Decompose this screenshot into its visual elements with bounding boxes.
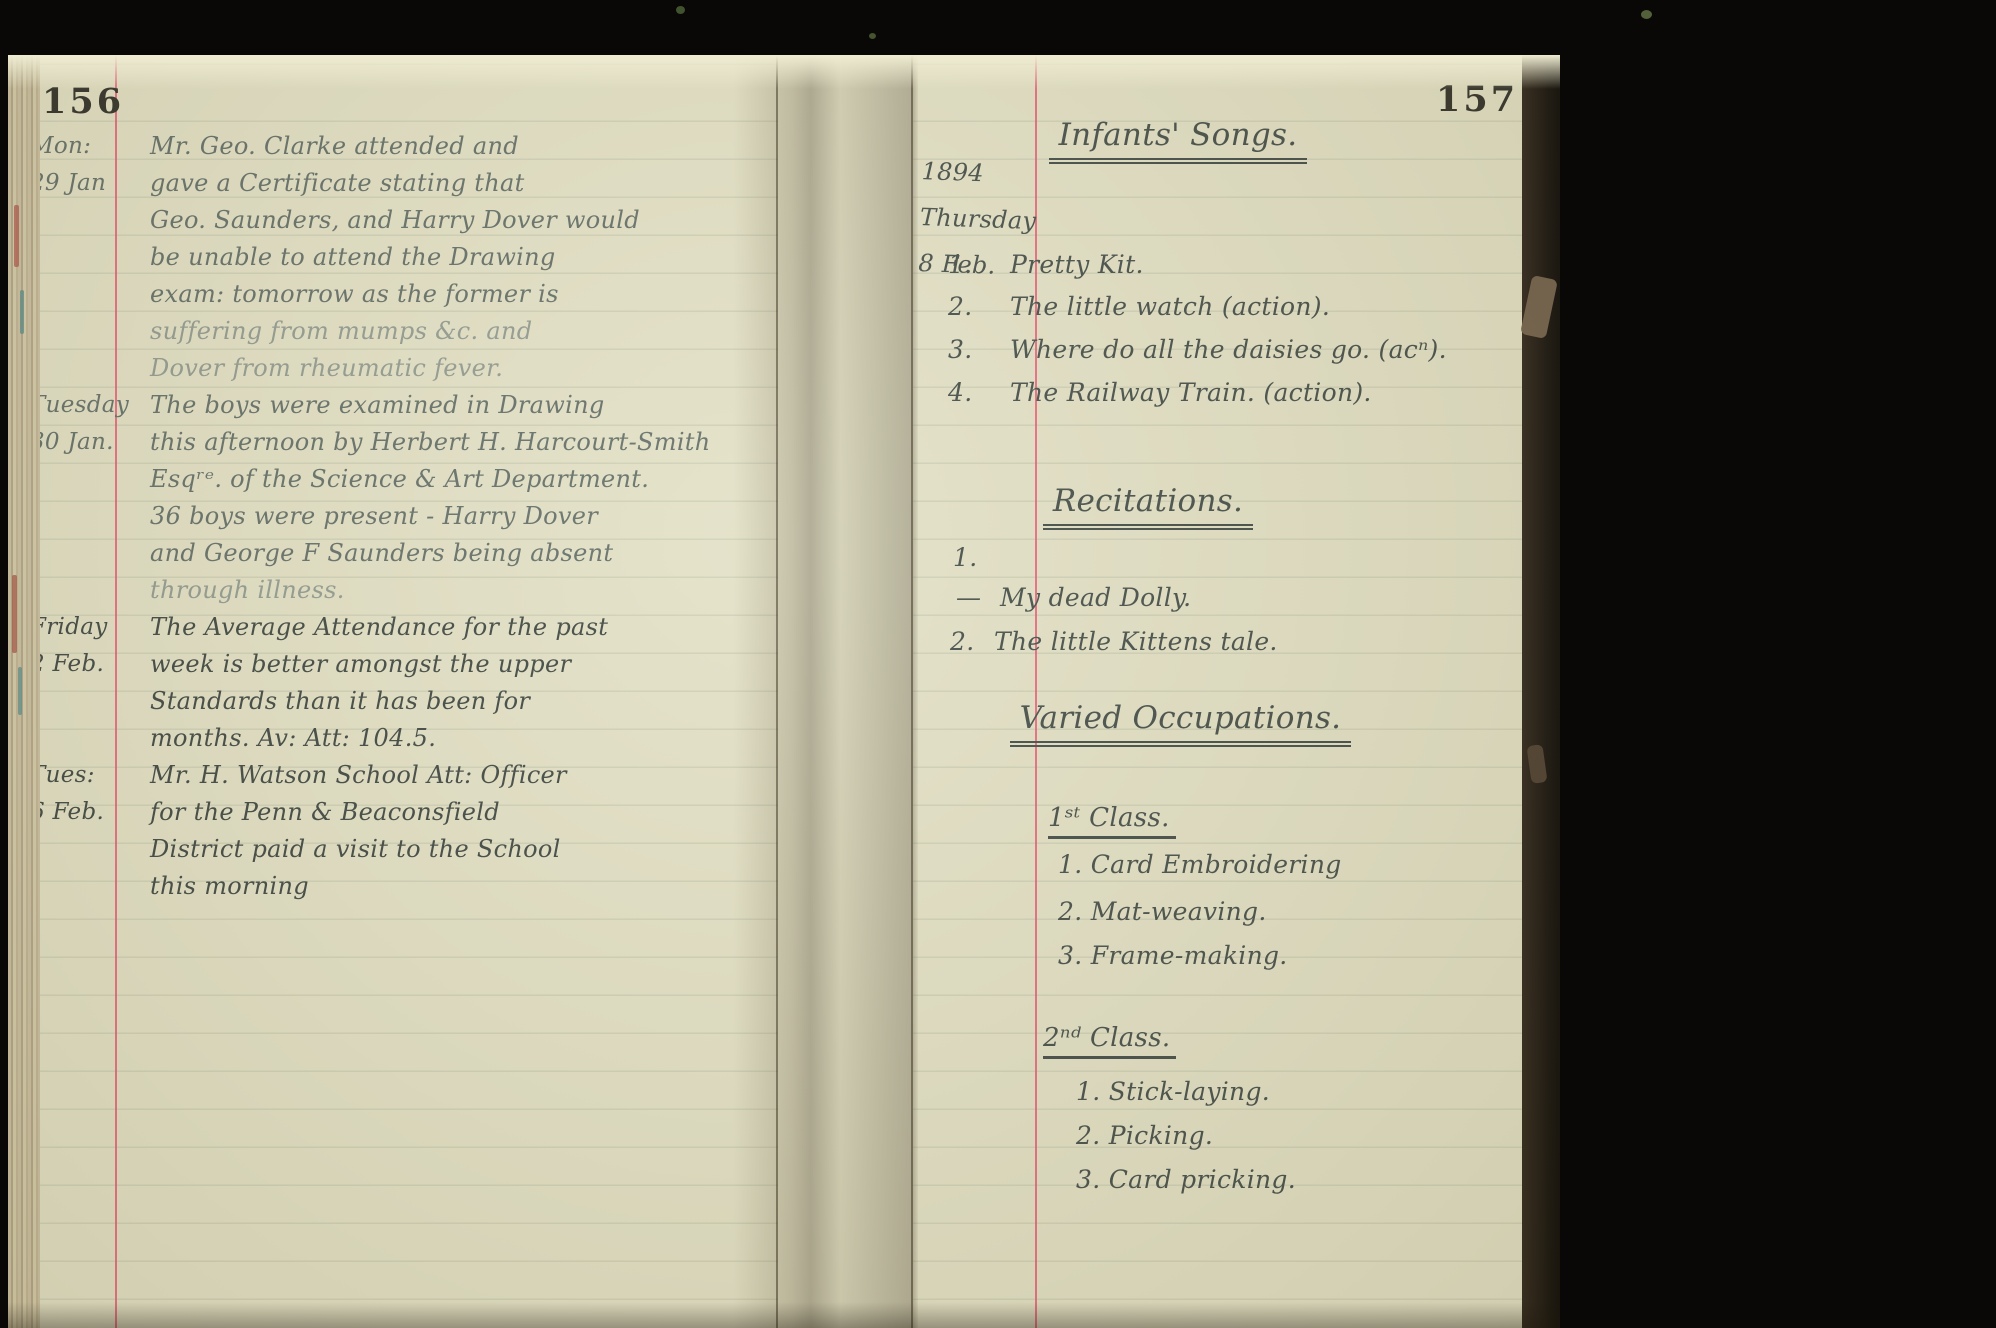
- logbook-open-spread: 156 Mon: 29 Jan Tuesday 30 Jan. Friday 2…: [8, 55, 1560, 1328]
- occupation-item: 3. Frame-making.: [1058, 941, 1288, 970]
- entry-line: District paid a visit to the School: [150, 831, 775, 868]
- date-line: Tuesday: [30, 387, 146, 424]
- entry-line: suffering from mumps &c. and: [150, 313, 775, 350]
- item-number: 2.: [948, 292, 1010, 321]
- left-page-fold-crease: [776, 55, 778, 1328]
- page-edge-stack: [8, 55, 40, 1328]
- debris-speck: [1641, 10, 1652, 19]
- entry-line: this morning: [150, 868, 775, 905]
- left-page-entries: Mr. Geo. Clarke attended and gave a Cert…: [150, 128, 775, 905]
- entry-line: through illness.: [150, 572, 775, 609]
- occupation-item: 3. Card pricking.: [1076, 1165, 1296, 1194]
- page-number-left: 156: [42, 81, 124, 122]
- book-cover-edge: [1522, 55, 1560, 1328]
- entry-line: Mr. Geo. Clarke attended and: [150, 128, 775, 165]
- class-label-first: 1ˢᵗ Class.: [1048, 803, 1176, 833]
- recitation-item: —My dead Dolly.: [956, 583, 1191, 612]
- item-text: Where do all the daisies go. (acⁿ).: [1010, 335, 1447, 364]
- entry-line: this afternoon by Herbert H. Harcourt-Sm…: [150, 424, 775, 461]
- entry-line: exam: tomorrow as the former is: [150, 276, 775, 313]
- date-line: Friday: [30, 609, 146, 646]
- item-text: The little Kittens tale.: [994, 627, 1278, 656]
- item-number: 1.: [948, 250, 1010, 279]
- debris-speck: [676, 6, 685, 14]
- date-line: 30 Jan.: [30, 424, 146, 461]
- heading-text: Varied Occupations.: [1010, 700, 1352, 747]
- date-line: 2 Feb.: [30, 646, 146, 683]
- section-heading-occupations: Varied Occupations.: [938, 700, 1423, 736]
- class-label-text: 1ˢᵗ Class.: [1048, 803, 1176, 839]
- recitation-item: 2.The little Kittens tale.: [950, 627, 1278, 656]
- marbled-fleck: [20, 290, 24, 334]
- section-heading-recitations: Recitations.: [968, 483, 1328, 519]
- entry-line: months. Av: Att: 104.5.: [150, 720, 775, 757]
- class-label-second: 2ⁿᵈ Class.: [1043, 1023, 1176, 1053]
- entry-line: for the Penn & Beaconsfield: [150, 794, 775, 831]
- right-page-margin-rule: [1035, 55, 1037, 1328]
- logbook-photograph: 156 Mon: 29 Jan Tuesday 30 Jan. Friday 2…: [0, 0, 1996, 1328]
- marbled-fleck: [14, 205, 19, 267]
- debris-speck: [869, 33, 876, 39]
- item-text: The little watch (action).: [1010, 292, 1330, 321]
- date-line: 1894: [921, 148, 1035, 198]
- entry-date: Friday 2 Feb.: [30, 609, 146, 683]
- entry-line: week is better amongst the upper: [150, 646, 775, 683]
- song-item: 2.The little watch (action).: [948, 292, 1330, 321]
- item-number: 1.: [953, 543, 997, 572]
- marbled-fleck: [12, 575, 17, 653]
- right-page-fold-crease: [911, 55, 913, 1328]
- date-line: Mon:: [30, 128, 146, 165]
- item-text: The Railway Train. (action).: [1010, 378, 1372, 407]
- marbled-fleck: [18, 667, 22, 715]
- class-label-text: 2ⁿᵈ Class.: [1043, 1023, 1176, 1059]
- entry-line: The Average Attendance for the past: [150, 609, 775, 646]
- bottom-shadow: [8, 1302, 1560, 1328]
- song-item: 4.The Railway Train. (action).: [948, 378, 1372, 407]
- date-line: Thursday: [919, 194, 1033, 244]
- entry-line: The boys were examined in Drawing: [150, 387, 775, 424]
- occupation-item: 1. Card Embroidering: [1058, 850, 1342, 879]
- date-line: 6 Feb.: [30, 794, 146, 831]
- page-number-right: 157: [1436, 79, 1518, 120]
- entry-date: Tuesday 30 Jan.: [30, 387, 146, 461]
- entry-line: be unable to attend the Drawing: [150, 239, 775, 276]
- heading-text: Infants' Songs.: [1049, 117, 1308, 164]
- entry-line: Dover from rheumatic fever.: [150, 350, 775, 387]
- entry-date: Mon: 29 Jan: [30, 128, 146, 202]
- recitation-item: 1.: [953, 543, 997, 572]
- section-heading-songs: Infants' Songs.: [938, 117, 1418, 153]
- entry-line: Standards than it has been for: [150, 683, 775, 720]
- occupation-item: 1. Stick-laying.: [1076, 1077, 1270, 1106]
- entry-line: and George F Saunders being absent: [150, 535, 775, 572]
- heading-text: Recitations.: [1043, 483, 1253, 530]
- left-page-margin-rule: [115, 55, 117, 1328]
- date-line: 29 Jan: [30, 165, 146, 202]
- song-item: 1.Pretty Kit.: [948, 250, 1144, 279]
- item-number: 3.: [948, 335, 1010, 364]
- entry-line: 36 boys were present - Harry Dover: [150, 498, 775, 535]
- item-dash: —: [956, 583, 1000, 612]
- entry-date: Tues: 6 Feb.: [30, 757, 146, 831]
- item-text: Pretty Kit.: [1010, 250, 1144, 279]
- item-text: My dead Dolly.: [1000, 583, 1191, 612]
- entry-line: Esqʳᵉ. of the Science & Art Department.: [150, 461, 775, 498]
- item-number: 2.: [950, 627, 994, 656]
- occupation-item: 2. Picking.: [1076, 1121, 1213, 1150]
- entry-line: Geo. Saunders, and Harry Dover would: [150, 202, 775, 239]
- entry-line: Mr. H. Watson School Att: Officer: [150, 757, 775, 794]
- date-line: Tues:: [30, 757, 146, 794]
- occupation-item: 2. Mat-weaving.: [1058, 897, 1267, 926]
- song-item: 3.Where do all the daisies go. (acⁿ).: [948, 335, 1447, 364]
- entry-line: gave a Certificate stating that: [150, 165, 775, 202]
- item-number: 4.: [948, 378, 1010, 407]
